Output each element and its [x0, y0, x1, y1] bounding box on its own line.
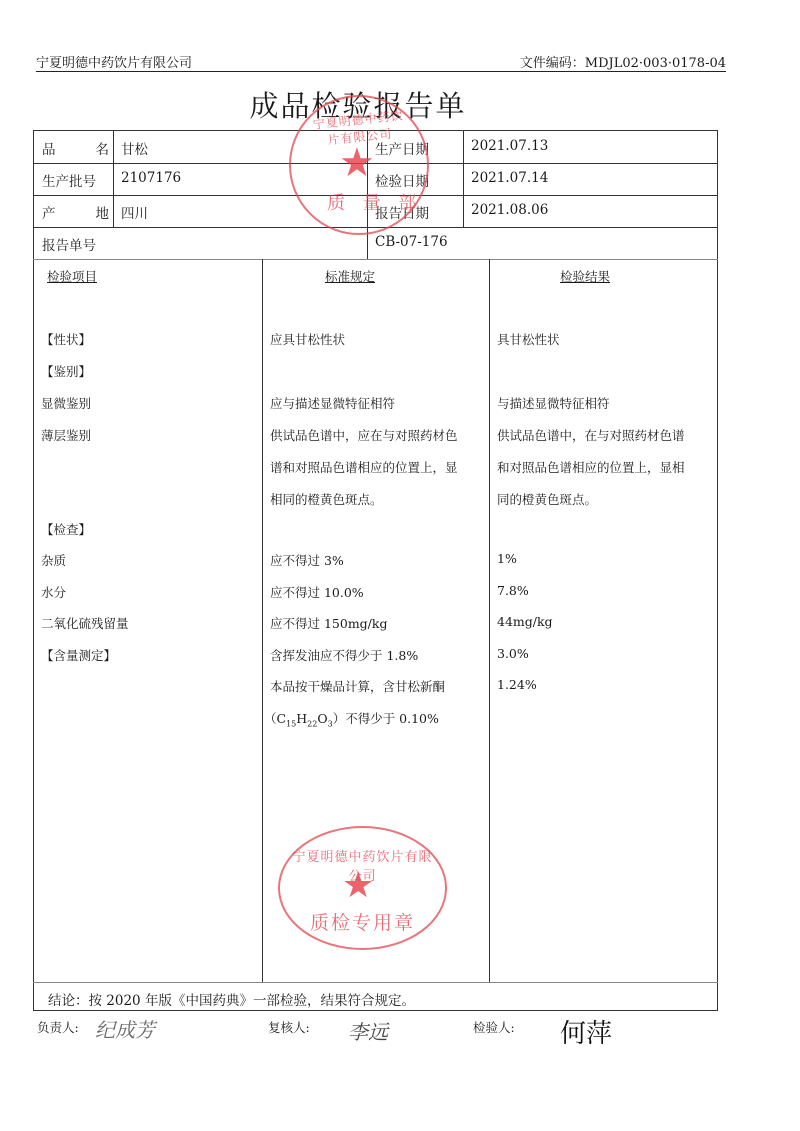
prod-date-value: 2021.07.13	[471, 138, 548, 154]
responsible-signature: 纪成芳	[95, 1014, 155, 1043]
item-so2: 二氧化硫残留量	[41, 614, 129, 632]
inspector-label: 检验人:	[473, 1018, 515, 1036]
row-divider	[33, 195, 718, 196]
standard-so2: 应不得过 150mg/kg	[270, 614, 387, 632]
item-inspection: 【检查】	[41, 520, 91, 538]
standard-tlc-line1: 供试品色谱中，应在与对照药材色	[270, 426, 458, 444]
page-title: 成品检验报告单	[0, 84, 716, 125]
stamp-bottom-text: 质检专用章	[310, 908, 415, 935]
star-icon: ★	[342, 868, 374, 904]
col-header-item: 检验项目	[47, 267, 97, 285]
standard-appearance: 应具甘松性状	[270, 330, 345, 348]
report-date-label: 报告日期	[375, 202, 429, 222]
prod-date-label: 生产日期	[375, 138, 429, 158]
inspect-date-value: 2021.07.14	[471, 170, 548, 186]
result-tlc-line2: 和对照品色谱相应的位置上，显相	[497, 458, 685, 476]
item-impurity: 杂质	[41, 551, 66, 569]
item-identification: 【鉴别】	[41, 362, 91, 380]
conclusion-divider	[33, 982, 718, 983]
standard-microscopic: 应与描述显微特征相符	[270, 394, 395, 412]
item-moisture: 水分	[41, 583, 66, 601]
company-name: 宁夏明德中药饮片有限公司	[36, 52, 192, 71]
responsible-label: 负责人:	[37, 1018, 79, 1036]
table-border-left	[33, 130, 34, 1010]
report-no-label: 报告单号	[42, 234, 96, 254]
result-moisture: 7.8%	[497, 583, 529, 598]
standard-tlc-line3: 相同的橙黄色斑点。	[270, 490, 383, 508]
table-border-right	[717, 130, 718, 1010]
conclusion: 结论：按 2020 年版《中国药典》一部检验，结果符合规定。	[48, 989, 415, 1009]
col-divider	[262, 259, 263, 982]
result-nardosinone: 1.24%	[497, 677, 537, 692]
row-divider	[33, 163, 718, 164]
result-tlc-line1: 供试品色谱中，在与对照药材色谱	[497, 426, 685, 444]
row-divider	[33, 259, 718, 260]
reviewer-signature: 李远	[348, 1016, 388, 1045]
col-divider	[489, 259, 490, 982]
col-divider	[367, 130, 368, 259]
stamp-arc-text: 宁夏明德中药饮片有限公司	[290, 846, 435, 884]
item-assay: 【含量测定】	[41, 646, 116, 664]
standard-nardosinone-line2: （C15H22O3）不得少于 0.10%	[264, 709, 439, 729]
result-so2: 44mg/kg	[497, 614, 553, 629]
standard-nardosinone-line1: 本品按干燥品计算，含甘松新酮	[270, 677, 445, 695]
batch-value: 2107176	[121, 170, 181, 186]
col-divider	[113, 130, 114, 227]
reviewer-label: 复核人:	[268, 1018, 310, 1036]
item-microscopic: 显微鉴别	[41, 394, 91, 412]
col-divider	[463, 130, 464, 227]
result-volatile-oil: 3.0%	[497, 646, 529, 661]
report-no-value: CB-07-176	[375, 234, 448, 250]
table-border-bottom	[33, 1010, 718, 1011]
qc-stamp: 宁夏明德中药饮片有限公司 ★ 质检专用章	[278, 826, 447, 950]
file-code: 文件编码：MDJL02·003·0178-04	[520, 52, 726, 71]
item-appearance: 【性状】	[41, 330, 91, 348]
col-header-standard: 标准规定	[325, 267, 375, 285]
origin-label: 产地	[42, 202, 109, 222]
result-microscopic: 与描述显微特征相符	[497, 394, 610, 412]
inspect-date-label: 检验日期	[375, 170, 429, 190]
standard-moisture: 应不得过 10.0%	[270, 583, 364, 601]
product-name-label: 品名	[42, 138, 109, 158]
standard-tlc-line2: 谱和对照品色谱相应的位置上，显	[270, 458, 458, 476]
result-impurity: 1%	[497, 551, 517, 566]
result-appearance: 具甘松性状	[497, 330, 560, 348]
table-border-top	[33, 130, 718, 131]
origin-value: 四川	[121, 202, 148, 222]
result-tlc-line3: 同的橙黄色斑点。	[497, 490, 597, 508]
col-header-result: 检验结果	[560, 267, 610, 285]
product-name-value: 甘松	[121, 138, 148, 158]
inspector-signature: 何萍	[560, 1013, 612, 1050]
header-divider	[36, 71, 726, 72]
standard-volatile-oil: 含挥发油应不得少于 1.8%	[270, 646, 418, 664]
item-tlc: 薄层鉴别	[41, 426, 91, 444]
row-divider	[33, 227, 718, 228]
standard-impurity: 应不得过 3%	[270, 551, 344, 569]
batch-label: 生产批号	[42, 170, 96, 190]
report-date-value: 2021.08.06	[471, 202, 548, 218]
